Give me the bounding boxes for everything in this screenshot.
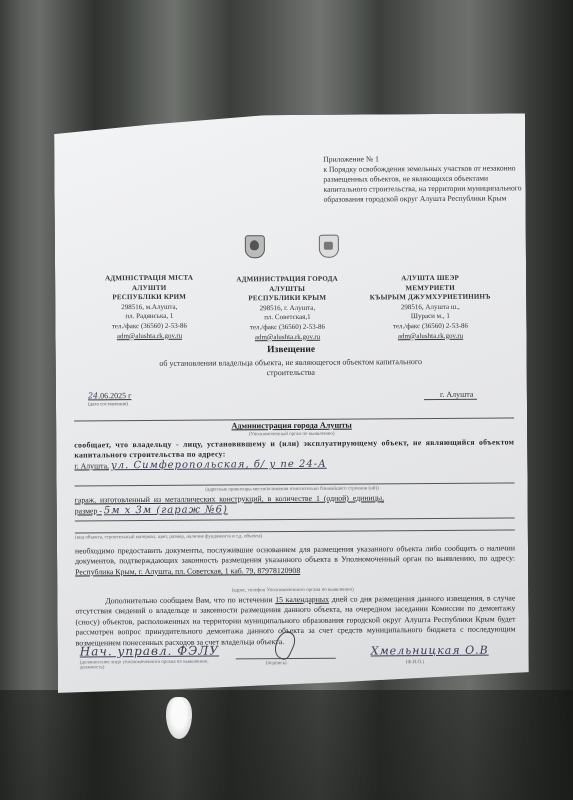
date-rest: .06.2025 г: [98, 391, 131, 400]
org-name-line: АДМИНИСТРАЦИЯ ГОРОДА: [217, 275, 357, 286]
date-caption: (дата составления): [88, 402, 128, 407]
metal-wall-shadow: [0, 690, 573, 800]
signature-row: Нач. управл. ФЭЛУ (должностное лицо упол…: [76, 641, 516, 674]
object-caption: (вид объекта, строительный материал, цве…: [75, 534, 262, 540]
size-prefix: размер -: [75, 506, 102, 515]
glue-drip: [166, 697, 192, 739]
notice-date: 24.06.2025 г: [88, 391, 132, 400]
org-russian: АДМИНИСТРАЦИЯ ГОРОДА АЛУШТЫ РЕСПУБЛИКИ К…: [217, 275, 357, 343]
position-caption: (должностное лицо уполномоченного органа…: [80, 660, 210, 671]
object-size-line: размер - 5м х 3м (гараж №6): [75, 503, 515, 516]
name-handwritten: Хмельницкая О.В: [371, 644, 489, 658]
date-day: 24: [88, 391, 98, 400]
documents-paragraph: необходимо предоставить документы, послу…: [75, 543, 515, 577]
org-email: adm@alushta.rk.gov.ru: [217, 332, 357, 343]
name-caption: (Ф.И.О.): [406, 660, 424, 665]
appendix-block: Приложение № 1 к Порядку освобождения зе…: [323, 153, 523, 204]
size-handwritten: 5м х 3м (гараж №6): [104, 504, 228, 516]
appendix-text: к Порядку освобождения земельных участко…: [323, 163, 523, 204]
notice-subtitle: об установлении владельца объекта, не яв…: [146, 357, 436, 379]
additional-paragraph: Дополнительно сообщаем Вам, что по истеч…: [75, 593, 515, 648]
divider: [75, 529, 515, 533]
org-email: adm@alushta.rk.gov.ru: [360, 331, 500, 342]
object-description-text: гараж, изготовленный из металлических ко…: [75, 493, 384, 504]
org-crimean-tatar: АЛУШТА ШЕЭР МЕМУРИЕТИ КЪЫРЫМ ДЖУМХУРИЕТИ…: [360, 274, 500, 342]
divider: [75, 517, 515, 521]
additional-prefix: Дополнительно сообщаем Вам, что по истеч…: [105, 595, 272, 605]
authority-name: Администрация города Алушты: [56, 419, 527, 431]
address-handwritten: ул. Симферопольская, б/ у пе 24-А: [111, 459, 327, 472]
crimea-coat-of-arms-icon: [245, 235, 265, 258]
documents-text: необходимо предоставить документы, послу…: [75, 543, 515, 565]
org-name-line: КЪЫРЫМ ДЖУМХУРИЕТИНИНЪ: [360, 293, 500, 304]
org-ukrainian: АДМІНІСТРАЦІЯ МІСТА АЛУШТИ РЕСПУБЛІКИ КР…: [79, 274, 219, 342]
signature-caption: (подпись): [266, 661, 287, 666]
position-handwritten: Нач. управл. ФЭЛУ: [80, 644, 219, 659]
contact-address: Республика Крым, г. Алушта, пл. Советска…: [75, 566, 300, 577]
notice-sheet: Приложение № 1 к Порядку освобождения зе…: [54, 113, 529, 698]
deadline: 15 календарных: [275, 595, 329, 604]
org-email: adm@alushta.rk.gov.ru: [79, 331, 219, 342]
notice-title: Извещение: [56, 343, 527, 356]
alushta-coat-of-arms-icon: [319, 235, 339, 258]
intro-text: сообщает, что владельцу - лицу, установи…: [74, 437, 514, 461]
address-line: г. Алушта, ул. Симферопольская, б/ у пе …: [74, 458, 514, 471]
notice-place: г. Алушта: [424, 390, 478, 400]
address-prefix: г. Алушта,: [74, 461, 109, 470]
